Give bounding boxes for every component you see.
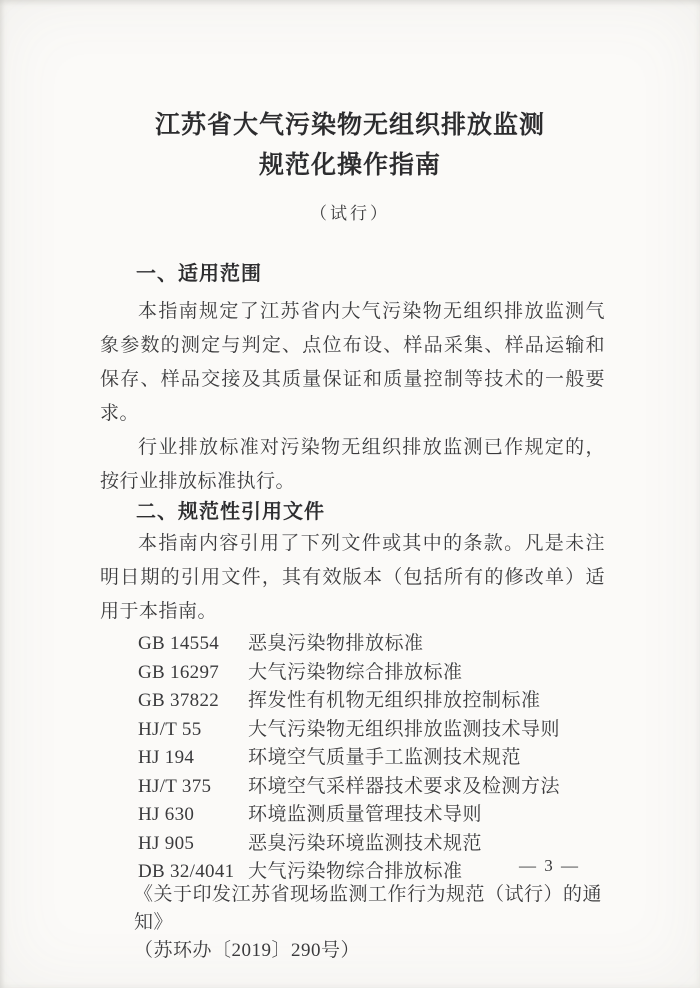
- body-paragraph: 本指南内容引用了下列文件或其中的条款。凡是未注明日期的引用文件，其有效版本（包括…: [100, 527, 605, 629]
- reference-title: 挥发性有机物无组织排放控制标准: [248, 687, 605, 716]
- page-number: — 3 —: [519, 856, 580, 876]
- scanned-page: 江苏省大气污染物无组织排放监测 规范化操作指南 （试行） 一、适用范围 本指南规…: [0, 0, 700, 988]
- reference-title: 大气污染物综合排放标准: [248, 659, 605, 688]
- reference-title: 恶臭污染物排放标准: [248, 630, 605, 659]
- reference-row: HJ/T 55 大气污染物无组织排放监测技术导则: [138, 716, 605, 745]
- reference-row: HJ/T 375 环境空气采样器技术要求及检测方法: [138, 773, 605, 802]
- reference-row: GB 16297 大气污染物综合排放标准: [138, 659, 605, 688]
- reference-title: 环境监测质量管理技术导则: [248, 801, 605, 830]
- body-paragraph: 行业排放标准对污染物无组织排放监测已作规定的，按行业排放标准执行。: [100, 431, 605, 499]
- reference-title: 大气污染物无组织排放监测技术导则: [248, 716, 605, 745]
- reference-code: HJ 905: [138, 830, 248, 859]
- title-block: 江苏省大气污染物无组织排放监测 规范化操作指南 （试行）: [0, 0, 700, 226]
- section-heading-normative-references: 二、规范性引用文件: [100, 497, 605, 527]
- body-paragraph: 本指南规定了江苏省内大气污染物无组织排放监测气象参数的测定与判定、点位布设、样品…: [100, 295, 605, 431]
- reference-title: 环境空气质量手工监测技术规范: [248, 744, 605, 773]
- document-body: 一、适用范围 本指南规定了江苏省内大气污染物无组织排放监测气象参数的测定与判定、…: [0, 259, 700, 965]
- reference-title: 恶臭污染环境监测技术规范: [248, 830, 605, 859]
- reference-title: 环境空气采样器技术要求及检测方法: [248, 773, 605, 802]
- document-title-line-1: 江苏省大气污染物无组织排放监测: [155, 112, 545, 139]
- reference-code: GB 14554: [138, 630, 248, 659]
- reference-code: HJ 194: [138, 744, 248, 773]
- reference-code: HJ/T 375: [138, 773, 248, 802]
- reference-row: HJ 194 环境空气质量手工监测技术规范: [138, 744, 605, 773]
- reference-code: HJ 630: [138, 801, 248, 830]
- trailing-line: （苏环办〔2019〕290号）: [134, 937, 605, 965]
- trailing-reference: 《关于印发江苏省现场监测工作行为规范（试行）的通知》 （苏环办〔2019〕290…: [100, 881, 605, 965]
- document-title: 江苏省大气污染物无组织排放监测 规范化操作指南: [0, 106, 700, 186]
- document-title-line-2: 规范化操作指南: [259, 152, 441, 179]
- reference-row: GB 37822 挥发性有机物无组织排放控制标准: [138, 687, 605, 716]
- reference-row: HJ 630 环境监测质量管理技术导则: [138, 801, 605, 830]
- reference-code: GB 16297: [138, 659, 248, 688]
- reference-row: HJ 905 恶臭污染环境监测技术规范: [138, 830, 605, 859]
- document-subtitle: （试行）: [0, 202, 700, 226]
- reference-row: GB 14554 恶臭污染物排放标准: [138, 630, 605, 659]
- trailing-line: 《关于印发江苏省现场监测工作行为规范（试行）的通知》: [134, 881, 605, 937]
- reference-code: HJ/T 55: [138, 716, 248, 745]
- section-heading-scope: 一、适用范围: [100, 259, 605, 289]
- reference-code: GB 37822: [138, 687, 248, 716]
- reference-list: GB 14554 恶臭污染物排放标准 GB 16297 大气污染物综合排放标准 …: [100, 630, 605, 887]
